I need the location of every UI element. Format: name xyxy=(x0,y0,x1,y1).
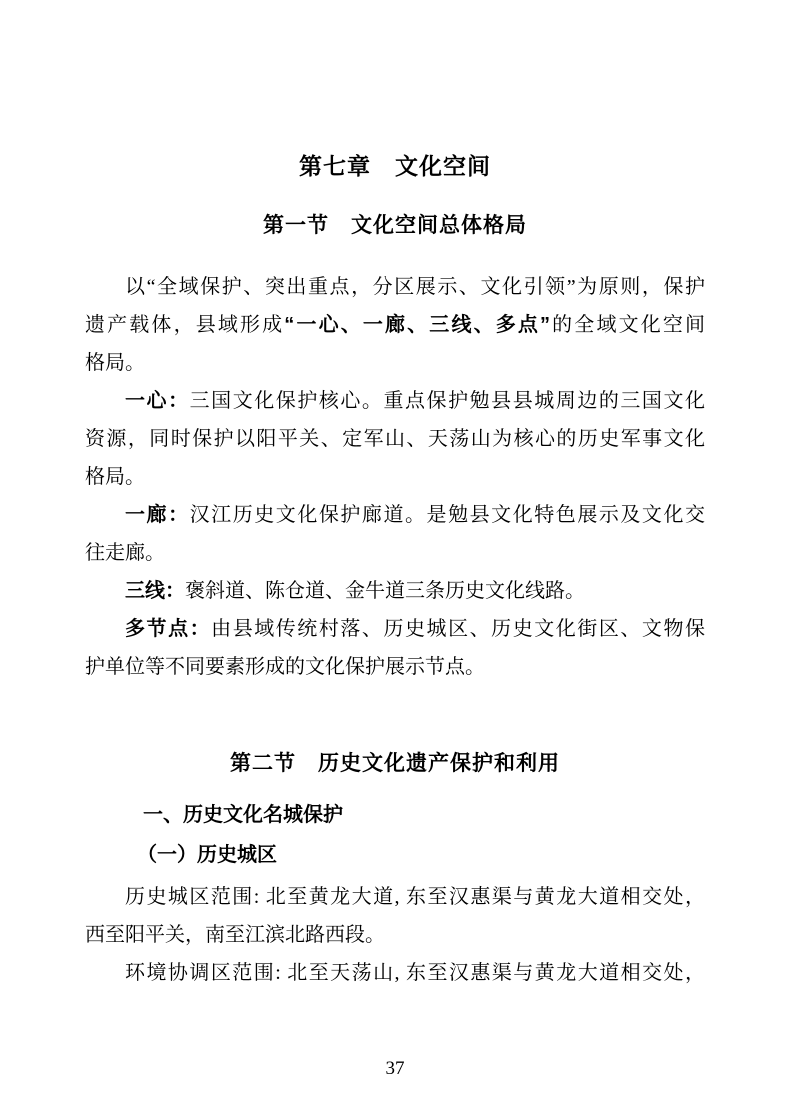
chapter-title: 第七章 文化空间 xyxy=(85,150,705,182)
text-line: 以“全域保护、突出重点，分区展示、文化引领”为原则，保护 xyxy=(85,268,705,306)
text-run: 格局。 xyxy=(85,352,145,374)
subheading-historic-city-protection: 一、历史文化名城保护 xyxy=(85,798,705,832)
paragraph: 历史城区范围: 北至黄龙大道, 东至汉惠渠与黄龙大道相交处，西至阳平关，南至江滨… xyxy=(85,878,705,954)
paragraph: 环境协调区范围: 北至天荡山, 东至汉惠渠与黄龙大道相交处， xyxy=(85,954,705,992)
text-line: 多节点：由县域传统村落、历史城区、历史文化街区、文物保 xyxy=(85,610,705,648)
text-run: 历史城区范围: 北至黄龙大道, 东至汉惠渠与黄龙大道相交处， xyxy=(125,886,705,908)
document-page: 第七章 文化空间 第一节 文化空间总体格局 以“全域保护、突出重点，分区展示、文… xyxy=(0,0,790,1118)
section-2-title: 第二节 历史文化遗产保护和利用 xyxy=(85,748,705,780)
paragraph: 以“全域保护、突出重点，分区展示、文化引领”为原则，保护遗产载体，县域形成“一心… xyxy=(85,268,705,382)
bold-run: “一心、一廊、三线、多点” xyxy=(284,314,550,336)
text-run: 护单位等不同要素形成的文化保护展示节点。 xyxy=(85,656,485,678)
bold-run: 多节点： xyxy=(125,618,211,640)
text-line: 环境协调区范围: 北至天荡山, 东至汉惠渠与黄龙大道相交处， xyxy=(85,954,705,992)
text-run: 由县域传统村落、历史城区、历史文化街区、文物保 xyxy=(211,618,705,640)
text-run: 以“全域保护、突出重点，分区展示、文化引领”为原则，保护 xyxy=(125,276,705,298)
section-2-body: 历史城区范围: 北至黄龙大道, 东至汉惠渠与黄龙大道相交处，西至阳平关，南至江滨… xyxy=(85,878,705,992)
text-run: 往走廊。 xyxy=(85,542,165,564)
paragraph: 多节点：由县域传统村落、历史城区、历史文化街区、文物保护单位等不同要素形成的文化… xyxy=(85,610,705,686)
text-line: 遗产载体，县域形成“一心、一廊、三线、多点”的全域文化空间 xyxy=(85,306,705,344)
bold-run: 三线： xyxy=(125,580,185,602)
text-run: 遗产载体，县域形成 xyxy=(85,314,284,336)
text-line: 一廊：汉江历史文化保护廊道。是勉县文化特色展示及文化交 xyxy=(85,496,705,534)
text-run: 褒斜道、陈仓道、金牛道三条历史文化线路。 xyxy=(185,580,585,602)
bold-run: 一廊： xyxy=(125,504,190,526)
text-run: 环境协调区范围: 北至天荡山, 东至汉惠渠与黄龙大道相交处， xyxy=(125,962,705,984)
text-line: 三线：褒斜道、陈仓道、金牛道三条历史文化线路。 xyxy=(85,572,705,610)
text-line: 往走廊。 xyxy=(85,534,705,572)
text-line: 格局。 xyxy=(85,344,705,382)
text-line: 历史城区范围: 北至黄龙大道, 东至汉惠渠与黄龙大道相交处， xyxy=(85,878,705,916)
text-line: 一心：三国文化保护核心。重点保护勉县县城周边的三国文化 xyxy=(85,382,705,420)
section-1-title: 第一节 文化空间总体格局 xyxy=(85,210,705,242)
text-run: 的全域文化空间 xyxy=(550,314,705,336)
page-number: 37 xyxy=(0,1058,790,1080)
text-run: 汉江历史文化保护廊道。是勉县文化特色展示及文化交 xyxy=(190,504,705,526)
text-line: 资源，同时保护以阳平关、定军山、天荡山为核心的历史军事文化 xyxy=(85,420,705,458)
text-run: 格局。 xyxy=(85,466,145,488)
paragraph: 一廊：汉江历史文化保护廊道。是勉县文化特色展示及文化交往走廊。 xyxy=(85,496,705,572)
text-run: 资源，同时保护以阳平关、定军山、天荡山为核心的历史军事文化 xyxy=(85,428,705,450)
subheading-historic-urban-area: （一）历史城区 xyxy=(85,838,705,872)
text-run: 三国文化保护核心。重点保护勉县县城周边的三国文化 xyxy=(190,390,705,412)
text-line: 格局。 xyxy=(85,458,705,496)
paragraph: 一心：三国文化保护核心。重点保护勉县县城周边的三国文化资源，同时保护以阳平关、定… xyxy=(85,382,705,496)
bold-run: 一心： xyxy=(125,390,190,412)
paragraph: 三线：褒斜道、陈仓道、金牛道三条历史文化线路。 xyxy=(85,572,705,610)
text-line: 西至阳平关，南至江滨北路西段。 xyxy=(85,916,705,954)
section-1-body: 以“全域保护、突出重点，分区展示、文化引领”为原则，保护遗产载体，县域形成“一心… xyxy=(85,268,705,686)
text-run: 西至阳平关，南至江滨北路西段。 xyxy=(85,924,385,946)
text-line: 护单位等不同要素形成的文化保护展示节点。 xyxy=(85,648,705,686)
